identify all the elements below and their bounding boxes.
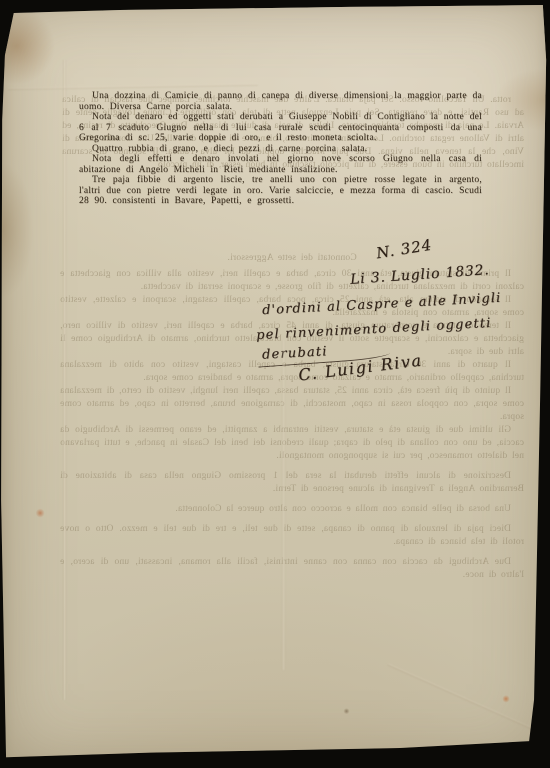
handwritten-note-line-1: d'ordini al Caspre e alle Invigli — [262, 291, 502, 319]
fold-crease-vertical-left — [63, 60, 66, 700]
bleed-through-paragraph: Il quarto di anni 30 circa statura giust… — [60, 359, 524, 385]
fold-crease-diagonal-bottom — [387, 663, 550, 738]
handwritten-protocol-number: N. 324 — [375, 236, 433, 263]
printed-paragraph: Una dozzina di Camicie di panno di canep… — [79, 91, 482, 112]
bleed-through-paragraph: Gli ultimi due di giusta età e statura, … — [60, 424, 524, 463]
printed-paragraph: Quattro rubbia di grano, e dieci pezzi d… — [79, 144, 482, 155]
bleed-through-paragraph: Due Archibugi da caccia con canna con ca… — [60, 556, 524, 582]
printed-paragraph: Nota degli effetti e denaro involati nel… — [79, 154, 482, 175]
printed-paragraph: Tre paja fibbie di argento liscie, tre a… — [79, 175, 482, 207]
bleed-through-heading: Connotati dei sette Aggressori. — [60, 252, 524, 265]
handwritten-note-line-2: pel rinvenimento degli oggetti — [256, 316, 492, 343]
fold-crease-vertical-center — [282, 340, 285, 670]
fold-crease-horizontal-top — [8, 84, 258, 90]
handwritten-date: Li 3. Luglio 1832. — [350, 262, 490, 288]
bleed-through-paragraph: Dieci paja di lenzuola di panno di canap… — [60, 523, 524, 549]
document-paper: rotta. Un Taccolino rosso. Sei paja bian… — [0, 0, 550, 768]
bleed-through-paragraph: Descrizione di alcuni effetti derubati l… — [60, 470, 524, 496]
printed-paragraph: Nota del denaro ed oggetti stati derubat… — [79, 112, 482, 144]
bleed-through-paragraph: Il quinto di più fresca età, circa anni … — [60, 385, 524, 424]
printed-notice: Una dozzina di Camicie di panno di canep… — [79, 91, 482, 207]
handwritten-note-line-3: derubati — [262, 344, 328, 362]
photo-background: rotta. Un Taccolino rosso. Sei paja bian… — [0, 0, 550, 768]
bleed-through-paragraph: Una borsa di pelle bianca con molla e ac… — [60, 503, 524, 516]
